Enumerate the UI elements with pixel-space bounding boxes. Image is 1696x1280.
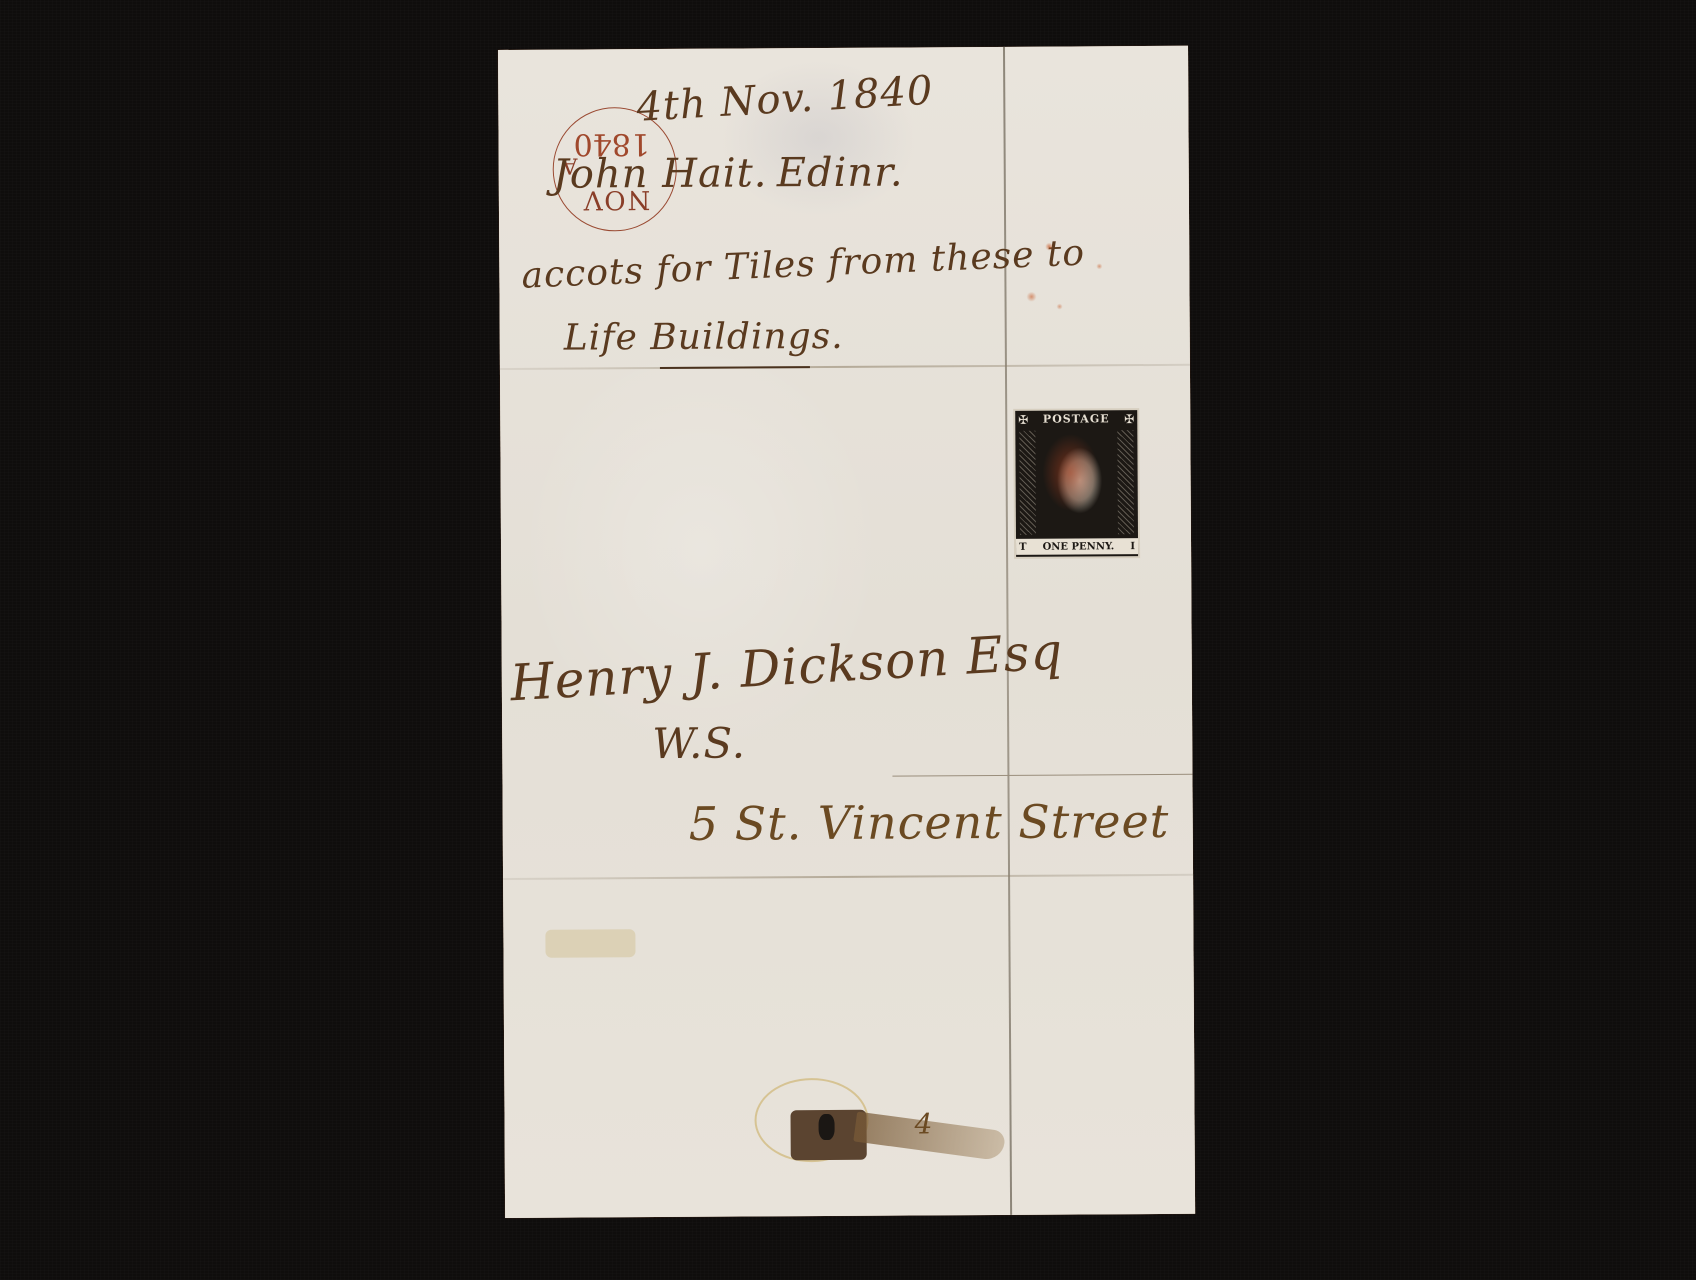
paper-hole (819, 1114, 835, 1140)
sender-name: John Hait. (553, 150, 768, 197)
horizontal-fold-lower (503, 874, 1193, 880)
address-guide-line (892, 774, 1192, 777)
subject-line-2: Life Buildings. (564, 316, 844, 359)
stamp-bottom-band: T ONE PENNY. I (1016, 538, 1138, 555)
red-ink-spots (1019, 226, 1130, 317)
address-title: W.S. (652, 718, 746, 768)
stamp-top-text: POSTAGE (1015, 412, 1137, 426)
subject-line-1: accots for Tiles from these to (521, 233, 1086, 297)
address-street: 5 St. Vincent Street (689, 794, 1170, 851)
water-stain (545, 929, 635, 958)
stamp-corner-letter-left: T (1019, 541, 1027, 552)
maltese-cross-cancel (1025, 418, 1126, 539)
date-line: 4th Nov. 1840 (635, 68, 934, 131)
subject-underline (660, 366, 810, 369)
stamp-corner-letter-right: I (1130, 541, 1135, 552)
bottom-mark: 4 (914, 1107, 932, 1140)
penny-black-stamp: ✠ ✠ POSTAGE T ONE PENNY. I (1015, 410, 1138, 557)
origin-city: Edinr. (777, 150, 904, 197)
ink-stain-seal-area: 4 (754, 1077, 1004, 1149)
horizontal-fold-upper (500, 364, 1190, 370)
postal-cover: 1840 A NOV 4th Nov. 1840 John Hait. Edin… (498, 46, 1195, 1218)
address-name: Henry J. Dickson Esq (509, 622, 1065, 712)
stamp-value-text: ONE PENNY. (1043, 541, 1115, 552)
